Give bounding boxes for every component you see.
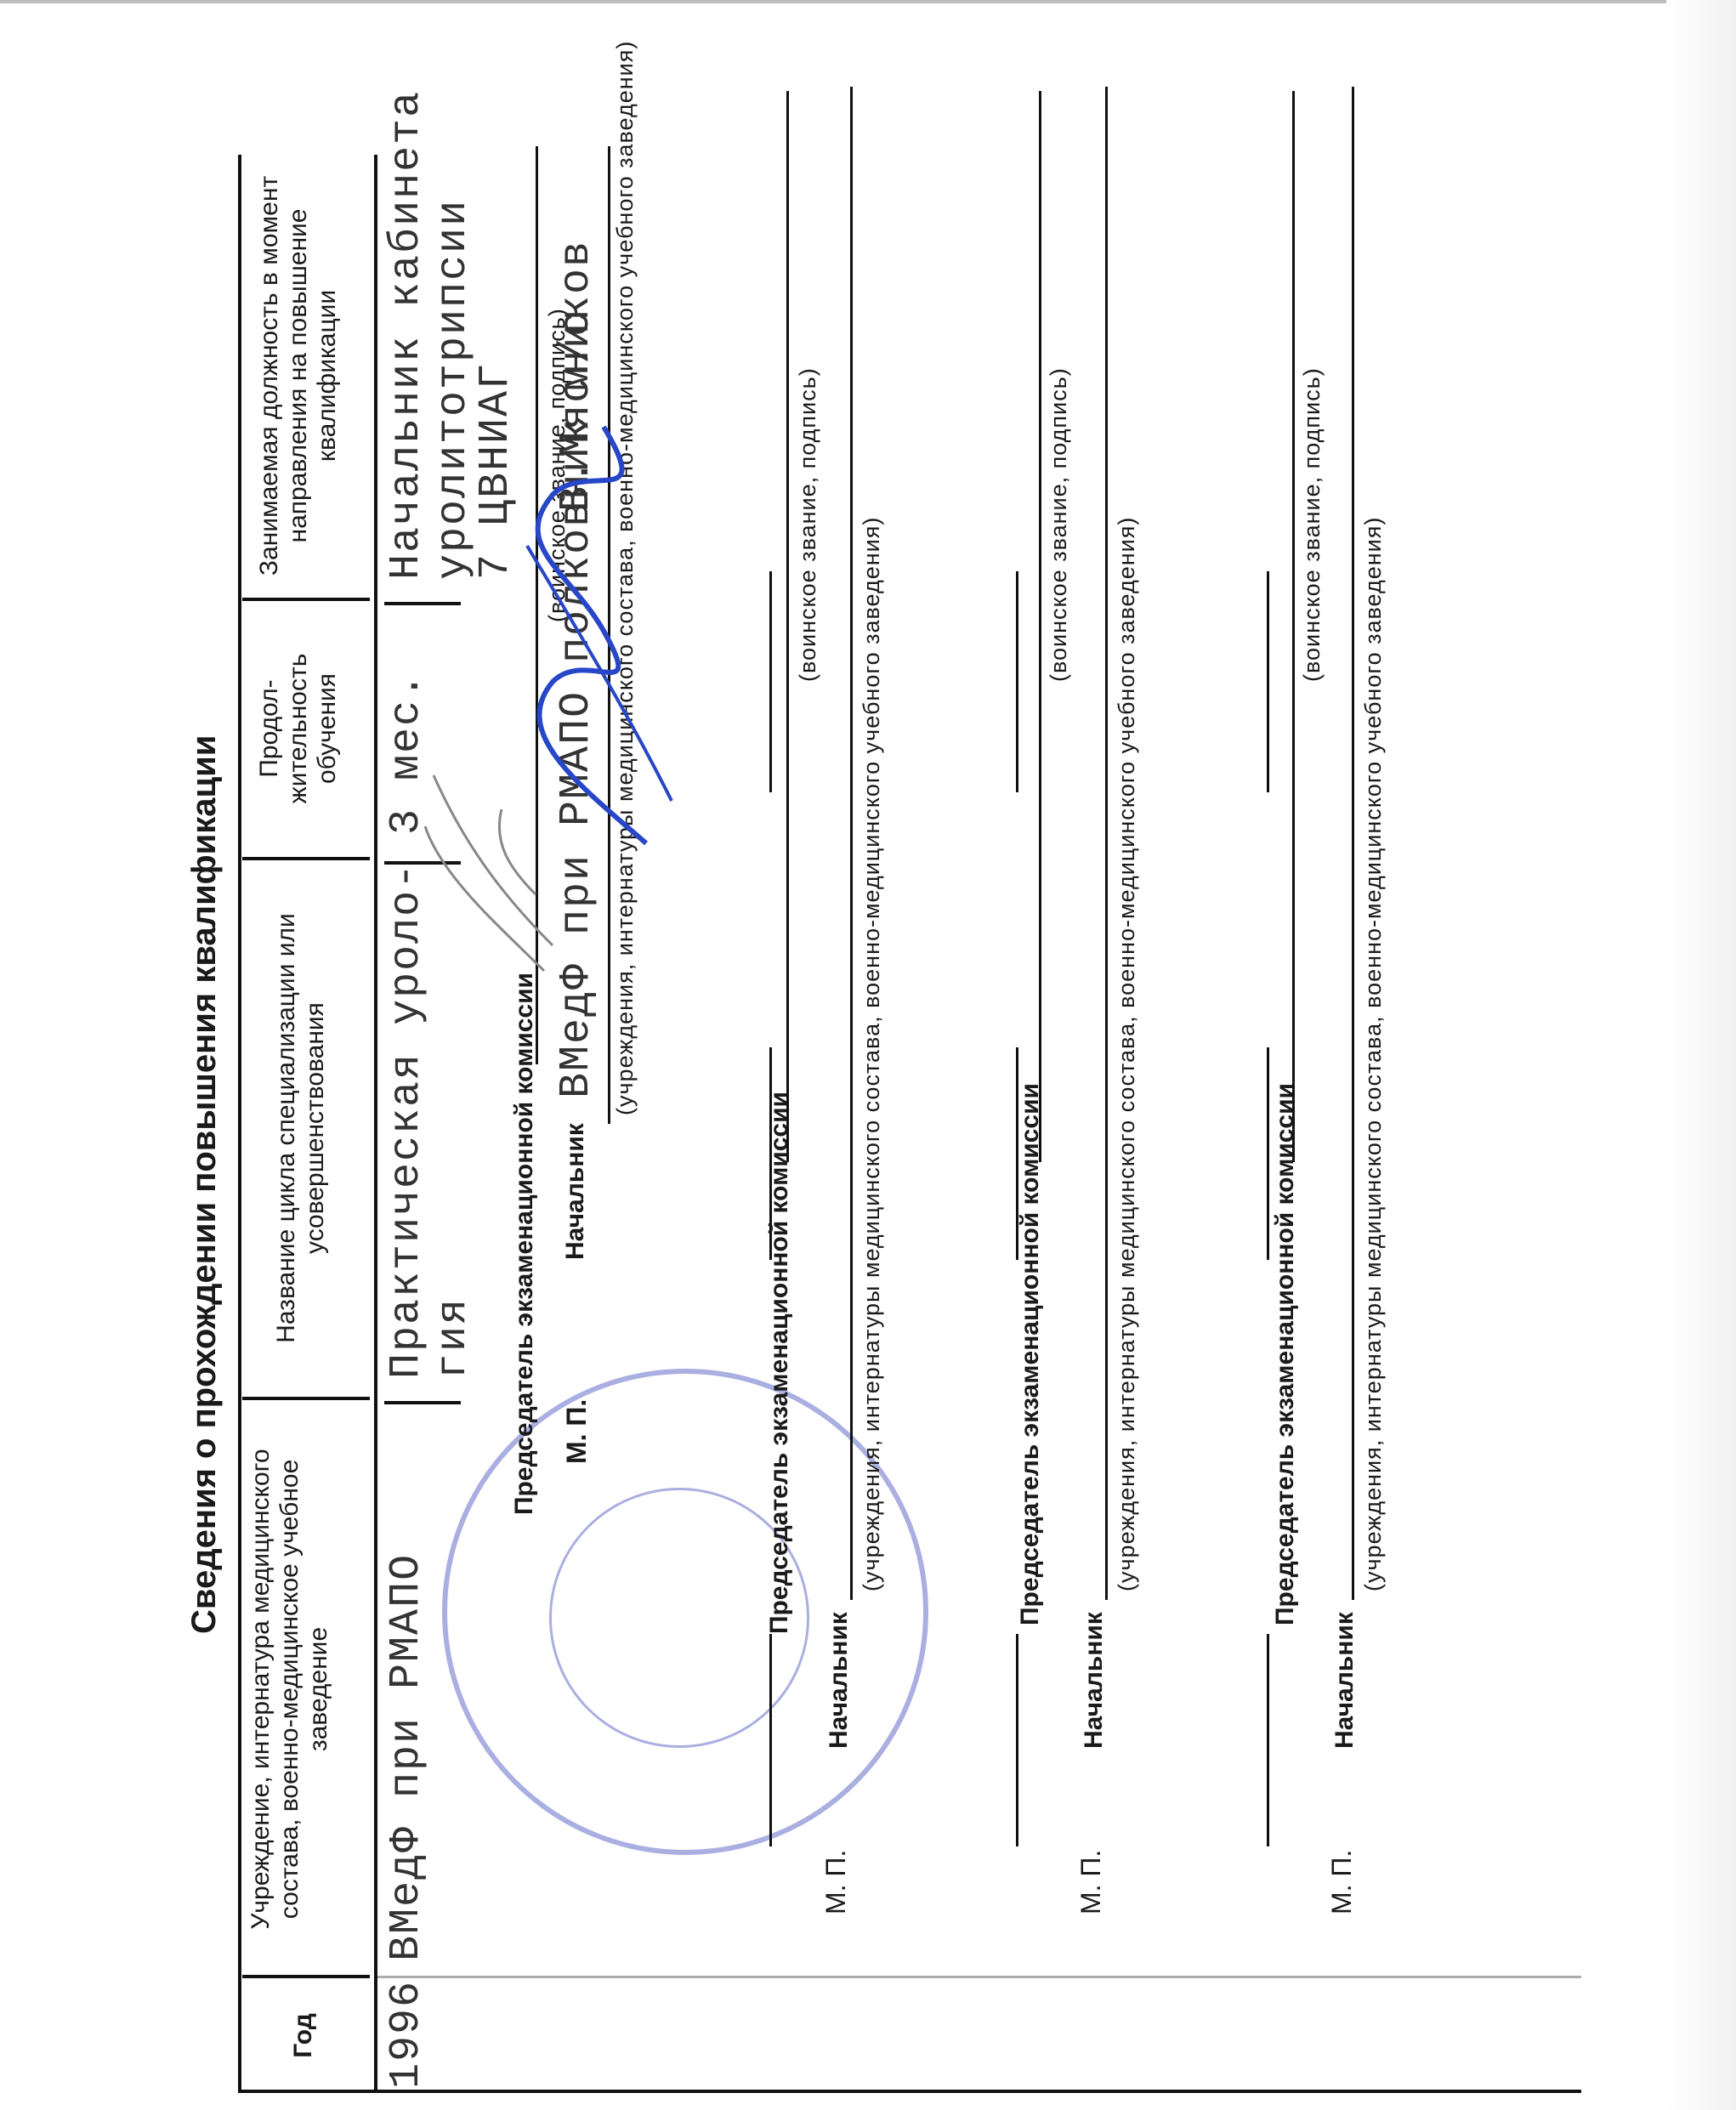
year-column-border: [374, 1976, 1581, 1978]
header-position: Занимаемая должность в момент направлени…: [255, 163, 342, 588]
chairman-label-2: Председатель экзаменационной комиссии: [765, 1092, 794, 1634]
chairman-line-4: [1292, 91, 1295, 1162]
seal-label-1: М. П.: [561, 1399, 593, 1464]
head-caption-4: (учреждения, интернатуры медицинского со…: [1360, 517, 1387, 1591]
chairman-label-4: Председатель экзаменационной комиссии: [1271, 1083, 1300, 1625]
row-divider: [384, 602, 461, 605]
document-page: Сведения о прохождении повышения квалифи…: [0, 0, 1736, 2110]
table-left-border: [238, 2090, 1581, 2093]
seal-label-3: М. П.: [1075, 1850, 1107, 1914]
entry-cycle-line2: гия: [429, 1297, 478, 1379]
col-divider: [242, 857, 370, 860]
rank-caption-2: (воинское звание, подпись): [795, 367, 821, 682]
entry-institution: ВМедФ при РМАПО: [383, 1553, 431, 1961]
header-institution: Учреждение, интернатура медицинского сос…: [247, 1417, 333, 1961]
signature-pencil: [408, 758, 561, 979]
row-divider: [1016, 571, 1018, 792]
header-cycle: Название цикла специализации или усоверш…: [272, 869, 330, 1387]
row-divider: [769, 1634, 772, 1846]
chairman-line-2: [786, 91, 789, 1162]
header-duration: Продол-жительность обучения: [255, 614, 342, 843]
row-divider: [1267, 1047, 1269, 1260]
row-divider: [384, 1401, 461, 1404]
header-year: Год: [289, 1978, 318, 2093]
row-divider: [769, 571, 772, 792]
col-divider: [242, 1397, 370, 1400]
row-divider: [1267, 571, 1269, 792]
head-caption-2: (учреждения, интернатуры медицинского со…: [859, 517, 885, 1591]
head-label-1: Начальник: [561, 1123, 590, 1260]
table-top-rule: [238, 155, 241, 2093]
rank-caption-4: (воинское звание, подпись): [1299, 367, 1325, 682]
head-label-4: Начальник: [1330, 1612, 1359, 1749]
row-divider: [1267, 1634, 1269, 1846]
head-line-3: [1105, 87, 1108, 1600]
head-line-2: [850, 87, 853, 1600]
head-caption-3: (учреждения, интернатуры медицинского со…: [1114, 517, 1140, 1591]
table-header-rule: [374, 155, 377, 2093]
head-line-4: [1352, 87, 1354, 1600]
chairman-label-1: Председатель экзаменационной комиссии: [510, 973, 539, 1515]
chairman-label-3: Председатель экзаменационной комиссии: [1016, 1083, 1045, 1625]
col-divider: [242, 598, 370, 601]
page-title: Сведения о прохождении повышения квалифи…: [185, 735, 224, 1634]
head-label-2: Начальник: [825, 1612, 854, 1749]
chairman-line-3: [1039, 91, 1041, 1162]
entry-position-line1: Начальник кабинета: [383, 90, 431, 580]
entry-year: 1996: [383, 1980, 431, 2089]
seal-label-2: М. П.: [820, 1850, 852, 1914]
head-label-3: Начальник: [1080, 1612, 1109, 1749]
entry-position-line2: уролитотрипсии: [429, 199, 478, 580]
seal-label-4: М. П.: [1326, 1850, 1358, 1914]
rank-caption-3: (воинское звание, подпись): [1046, 367, 1072, 682]
row-divider: [1016, 1634, 1018, 1846]
